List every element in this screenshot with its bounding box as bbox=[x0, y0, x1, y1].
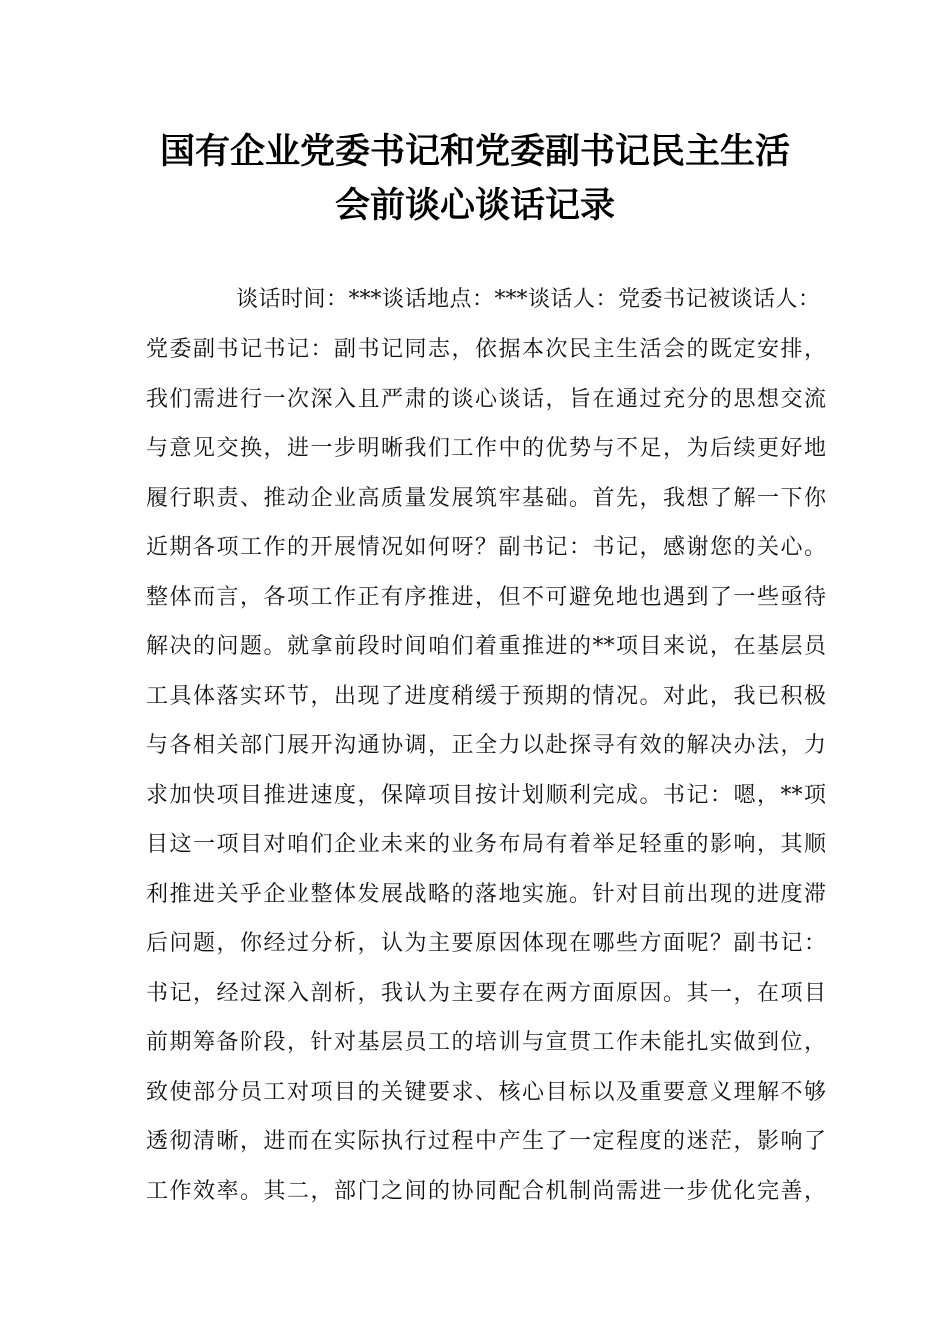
body-paragraph-line: 利推进关乎企业整体发展战略的落地实施。针对目前出现的进度滞 bbox=[146, 880, 826, 910]
body-paragraph-line: 谈话时间：***谈话地点：***谈话人：党委书记被谈话人： bbox=[236, 285, 820, 315]
body-paragraph-line: 致使部分员工对项目的关键要求、核心目标以及重要意义理解不够 bbox=[146, 1078, 826, 1108]
body-paragraph-line: 前期筹备阶段，针对基层员工的培训与宣贯工作未能扎实做到位， bbox=[146, 1028, 826, 1058]
body-paragraph-line: 透彻清晰，进而在实际执行过程中产生了一定程度的迷茫，影响了 bbox=[146, 1127, 826, 1157]
body-paragraph-line: 近期各项工作的开展情况如何呀？副书记：书记，感谢您的关心。 bbox=[146, 533, 826, 563]
body-paragraph-line: 目这一项目对咱们企业未来的业务布局有着举足轻重的影响，其顺 bbox=[146, 830, 826, 860]
body-paragraph-line: 履行职责、推动企业高质量发展筑牢基础。首先，我想了解一下你 bbox=[146, 484, 826, 514]
body-paragraph-line: 与意见交换，进一步明晰我们工作中的优势与不足，为后续更好地 bbox=[146, 434, 826, 464]
document-title-line-1: 国有企业党委书记和党委副书记民主生活 bbox=[0, 128, 950, 176]
document-title-line-2: 会前谈心谈话记录 bbox=[0, 182, 950, 230]
body-paragraph-line: 与各相关部门展开沟通协调，正全力以赴探寻有效的解决办法，力 bbox=[146, 731, 826, 761]
document-page: 国有企业党委书记和党委副书记民主生活 会前谈心谈话记录 谈话时间：***谈话地点… bbox=[0, 0, 950, 1344]
body-paragraph-line: 书记，经过深入剖析，我认为主要存在两方面原因。其一，在项目 bbox=[146, 979, 826, 1009]
body-paragraph-line: 整体而言，各项工作正有序推进，但不可避免地也遇到了一些亟待 bbox=[146, 583, 826, 613]
body-paragraph-line: 求加快项目推进速度，保障项目按计划顺利完成。书记：嗯，**项 bbox=[146, 781, 826, 811]
body-paragraph-line: 工作效率。其二，部门之间的协同配合机制尚需进一步优化完善， bbox=[146, 1177, 826, 1207]
body-paragraph-line: 解决的问题。就拿前段时间咱们着重推进的**项目来说，在基层员 bbox=[146, 632, 826, 662]
body-paragraph-line: 我们需进行一次深入且严肃的谈心谈话，旨在通过充分的思想交流 bbox=[146, 385, 826, 415]
body-paragraph-line: 党委副书记书记：副书记同志，依据本次民主生活会的既定安排， bbox=[146, 335, 826, 365]
body-paragraph-line: 工具体落实环节，出现了进度稍缓于预期的情况。对此，我已积极 bbox=[146, 682, 826, 712]
body-paragraph-line: 后问题，你经过分析，认为主要原因体现在哪些方面呢？副书记： bbox=[146, 929, 826, 959]
